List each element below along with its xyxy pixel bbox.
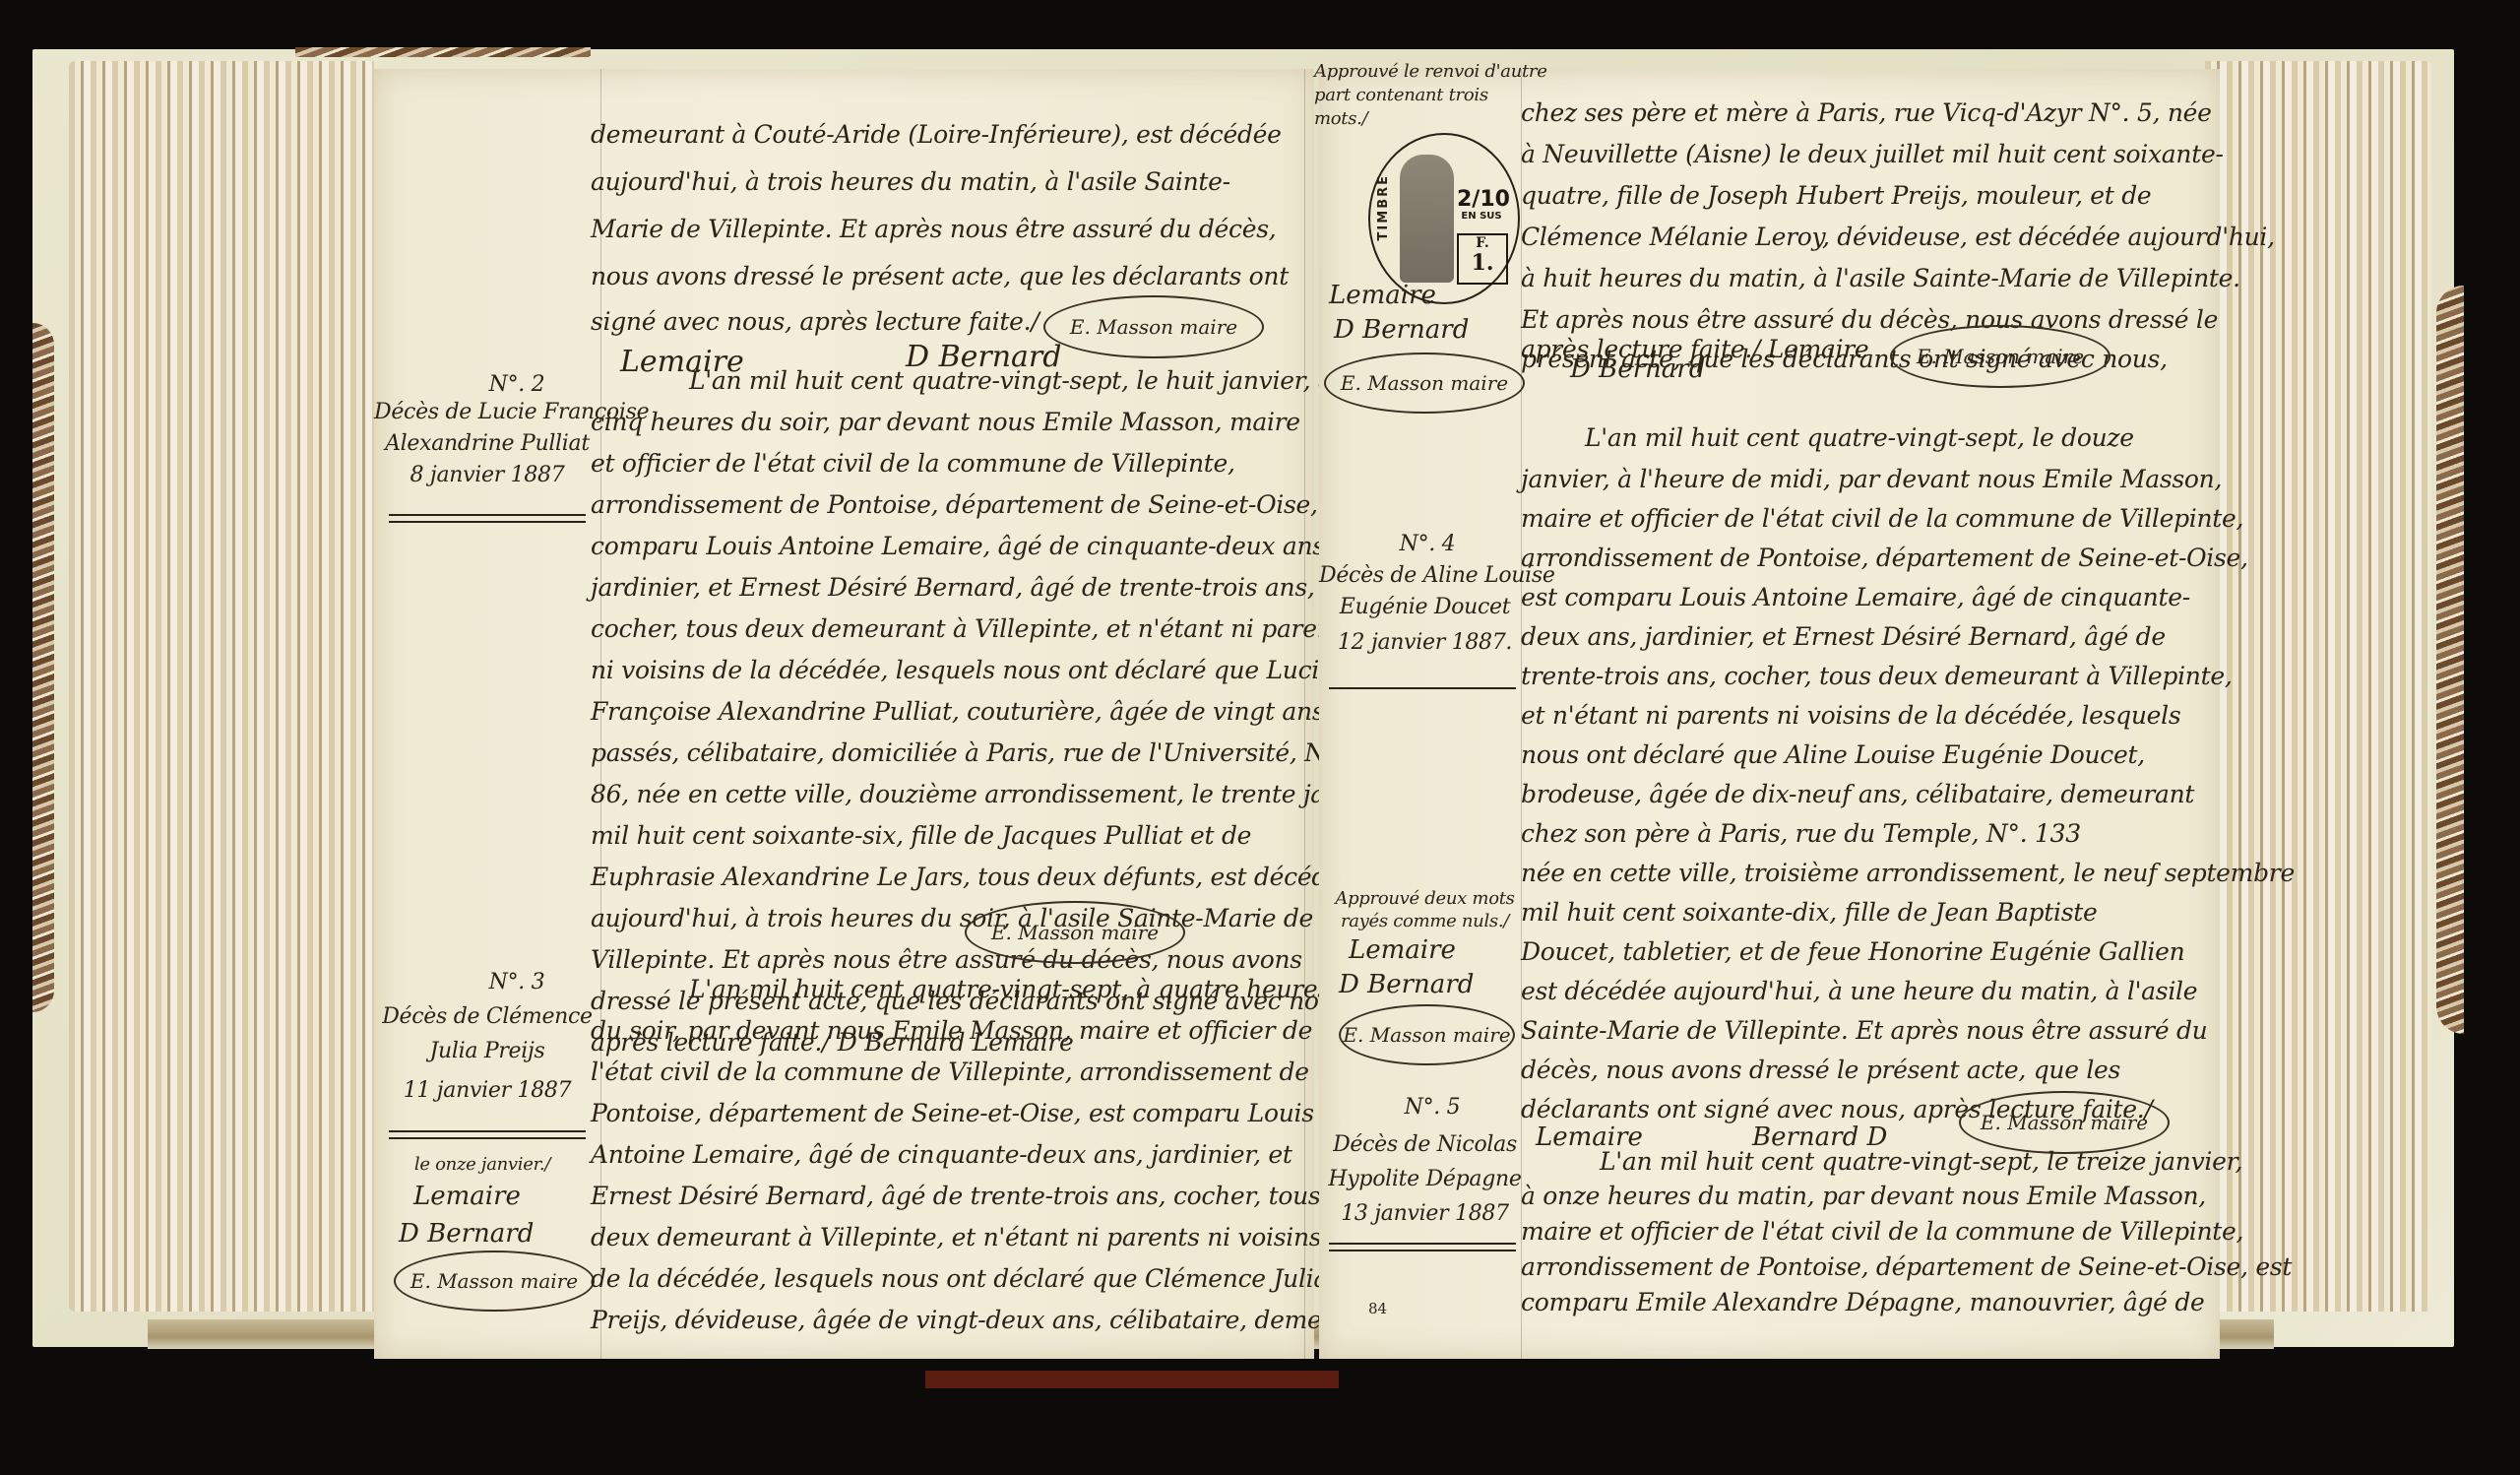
act-number: N°. 4 (1329, 532, 1526, 556)
signature-bernard: D Bernard (1334, 315, 1469, 345)
act-separator (1329, 687, 1516, 691)
text-line: deux ans, jardinier, et Ernest Désiré Be… (1521, 622, 2166, 651)
text-line: Et après nous être assuré du décès, nous… (1521, 305, 2218, 334)
act-margin-date: 11 janvier 1887 (374, 1078, 600, 1103)
text-line: nous ont déclaré que Aline Louise Eugéni… (1521, 740, 2145, 769)
text-line: quatre, fille de Joseph Hubert Preijs, m… (1521, 181, 2151, 210)
text-line: comparu Louis Antoine Lemaire, âgé de ci… (591, 532, 1332, 560)
mayor-seal-signature: E. Masson maire (1339, 1004, 1515, 1065)
text-line: l'état civil de la commune de Villepinte… (591, 1058, 1309, 1086)
stamp-tax: 2/10 EN SUS (1457, 189, 1506, 222)
text-line: demeurant à Couté-Aride (Loire-Inférieur… (591, 120, 1282, 149)
act-margin-name: Hypolite Dépagne (1319, 1167, 1531, 1191)
act-margin-name: Alexandrine Pulliat (374, 431, 600, 456)
margin-approval-note: le onze janvier./ (384, 1154, 581, 1175)
text-line: Clémence Mélanie Leroy, dévideuse, est d… (1521, 223, 2275, 251)
text-line: à onze heures du matin, par devant nous … (1521, 1182, 2206, 1210)
act-margin-date: 12 janvier 1887. (1319, 630, 1531, 655)
text-line: arrondissement de Pontoise, département … (1521, 1252, 2292, 1281)
act-number: N°. 5 (1339, 1095, 1526, 1120)
text-line: brodeuse, âgée de dix-neuf ans, célibata… (1521, 780, 2194, 808)
mayor-seal-signature: E. Masson maire (965, 901, 1185, 964)
margin-approval-note: part contenant trois (1314, 85, 1531, 105)
text-line: décès, nous avons dressé le présent acte… (1521, 1056, 2120, 1084)
text-line: chez ses père et mère à Paris, rue Vicq-… (1521, 98, 2212, 127)
mayor-seal-signature: E. Masson maire (1043, 295, 1264, 358)
text-line: L'an mil huit cent quatre-vingt-sept, le… (1600, 1147, 2242, 1176)
text-line: L'an mil huit cent quatre-vingt-sept, le… (689, 366, 1333, 395)
act-separator (389, 514, 586, 523)
act-margin-title: Décès de Lucie Françoise (374, 400, 600, 424)
act-margin-date: 13 janvier 1887 (1319, 1201, 1531, 1226)
signature-bernard: D Bernard (1339, 970, 1474, 999)
text-line: est comparu Louis Antoine Lemaire, âgé d… (1521, 583, 2190, 611)
text-line: cinq heures du soir, par devant nous Emi… (591, 408, 1300, 436)
folio-number: 84 (1368, 1300, 1387, 1317)
act-margin-name: Julia Preijs (374, 1039, 600, 1063)
act-number: N°. 3 (433, 970, 600, 994)
text-line: jardinier, et Ernest Désiré Bernard, âgé… (591, 573, 1315, 602)
text-line: Françoise Alexandrine Pulliat, couturièr… (591, 697, 1324, 726)
marbled-endpaper-top (295, 47, 591, 57)
mayor-seal-signature: E. Masson maire (1890, 325, 2110, 388)
tax-stamp: TIMBRE 2/10 EN SUS F. 1. (1368, 133, 1520, 304)
page-stack-left (69, 61, 374, 1312)
text-line: arrondissement de Pontoise, département … (591, 490, 1361, 519)
text-line: Preijs, dévideuse, âgée de vingt-deux an… (591, 1306, 1388, 1334)
text-line: passés, célibataire, domiciliée à Paris,… (591, 738, 1346, 767)
text-line: est décédée aujourd'hui, à une heure du … (1521, 977, 2197, 1005)
text-line: comparu Emile Alexandre Dépagne, manouvr… (1521, 1288, 2205, 1316)
text-line: deux demeurant à Villepinte, et n'étant … (591, 1223, 1321, 1251)
text-line: Euphrasie Alexandrine Le Jars, tous deux… (591, 863, 1355, 891)
text-line: trente-trois ans, cocher, tous deux deme… (1521, 662, 2233, 690)
text-line: née en cette ville, troisième arrondisse… (1521, 859, 2295, 887)
text-line: chez son père à Paris, rue du Temple, N°… (1521, 819, 2081, 848)
text-line: et officier de l'état civil de la commun… (591, 449, 1235, 478)
text-line: Villepinte. Et après nous être assuré du… (591, 945, 1302, 974)
text-line: et n'étant ni parents ni voisins de la d… (1521, 701, 2180, 730)
text-line: nous avons dressé le présent acte, que l… (591, 262, 1289, 290)
text-line: janvier, à l'heure de midi, par devant n… (1521, 465, 2222, 493)
text-line: Sainte-Marie de Villepinte. Et après nou… (1521, 1016, 2207, 1045)
text-line: signé avec nous, après lecture faite./ (591, 307, 1039, 336)
signature-lemaire: Lemaire (413, 1182, 521, 1211)
stamp-label: TIMBRE (1376, 174, 1391, 240)
act-margin-title: Décès de Aline Louise (1319, 563, 1531, 588)
signature-lemaire: Lemaire (1349, 935, 1456, 965)
text-line: L'an mil huit cent quatre-vingt-sept, à … (689, 975, 1330, 1003)
justice-figure-icon (1400, 155, 1454, 283)
act-margin-title: Décès de Nicolas (1319, 1132, 1531, 1157)
act-margin-title: Décès de Clémence (374, 1004, 600, 1029)
margin-approval-note: mots./ (1314, 108, 1531, 129)
marbled-endpaper-right (2436, 286, 2464, 1034)
signature-lemaire: Lemaire (1329, 281, 1436, 310)
text-line: maire et officier de l'état civil de la … (1521, 504, 2243, 533)
text-line: aujourd'hui, à trois heures du soir, à l… (591, 904, 1313, 932)
act-margin-name: Eugénie Doucet (1319, 595, 1531, 619)
text-line: Antoine Lemaire, âgé de cinquante-deux a… (591, 1140, 1292, 1169)
act-margin-date: 8 janvier 1887 (374, 463, 600, 487)
text-line: maire et officier de l'état civil de la … (1521, 1217, 2243, 1246)
mayor-seal-signature: E. Masson maire (1324, 353, 1525, 414)
act-separator (389, 1130, 586, 1139)
mayor-seal-signature: E. Masson maire (1959, 1091, 2170, 1154)
stamp-value: F. 1. (1457, 233, 1508, 285)
act-separator (1329, 1243, 1516, 1251)
text-line: aujourd'hui, à trois heures du matin, à … (591, 167, 1230, 196)
text-line: à Neuvillette (Aisne) le deux juillet mi… (1521, 140, 2224, 168)
text-line: arrondissement de Pontoise, département … (1521, 544, 2248, 572)
text-line: Doucet, tabletier, et de feue Honorine E… (1521, 937, 2184, 966)
margin-approval-note: Approuvé deux mots (1319, 888, 1531, 909)
text-line: de la décédée, lesquels nous ont déclaré… (591, 1264, 1328, 1293)
text-line: 86, née en cette ville, douzième arrondi… (591, 780, 1387, 808)
spine-band (925, 1371, 1339, 1388)
margin-approval-note: rayés comme nuls./ (1319, 911, 1531, 931)
marbled-endpaper-left (32, 323, 54, 1012)
text-line: Pontoise, département de Seine-et-Oise, … (591, 1099, 1314, 1127)
act-number: N°. 2 (433, 372, 600, 397)
text-line: cocher, tous deux demeurant à Villepinte… (591, 614, 1354, 643)
text-line: Marie de Villepinte. Et après nous être … (591, 215, 1276, 243)
text-line: L'an mil huit cent quatre-vingt-sept, le… (1585, 423, 2134, 452)
margin-approval-note: Approuvé le renvoi d'autre (1314, 61, 1531, 82)
text-line: mil huit cent soixante-six, fille de Jac… (591, 821, 1251, 850)
signature-bernard: D Bernard (1570, 354, 1705, 384)
signature-bernard: D Bernard (399, 1219, 534, 1249)
text-line: Ernest Désiré Bernard, âgé de trente-tro… (591, 1182, 1320, 1210)
mayor-seal-signature: E. Masson maire (394, 1251, 595, 1312)
text-line: ni voisins de la décédée, lesquels nous … (591, 656, 1334, 684)
text-line: à huit heures du matin, à l'asile Sainte… (1521, 264, 2240, 292)
text-line: mil huit cent soixante-dix, fille de Jea… (1521, 898, 2097, 927)
text-line: du soir, par devant nous Emile Masson, m… (591, 1016, 1312, 1045)
